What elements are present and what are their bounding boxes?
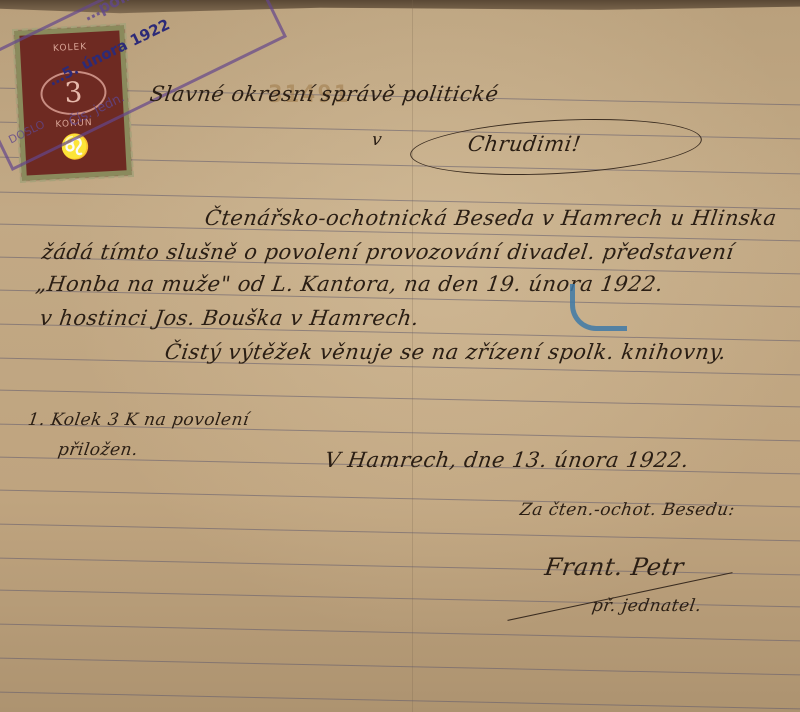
signature-name: Frant. Petr xyxy=(543,553,686,581)
ruled-line xyxy=(0,389,800,407)
stamp-office-title: …politická v Chrudimi xyxy=(80,0,265,25)
body-line-1: Čtenářsko-ochotnická Beseda v Hamrech u … xyxy=(203,206,778,230)
signature-line-1: Za čten.-ochot. Besedu: xyxy=(519,500,737,520)
ruled-line xyxy=(0,691,800,709)
ruled-line xyxy=(0,623,800,641)
stamp-received-label: DOSLO xyxy=(7,118,47,147)
addressee-line-3: Chrudimi! xyxy=(466,132,582,156)
body-line-2: žádá tímto slušně o povolení provozování… xyxy=(40,240,735,264)
addressee-line-1: Slavné okresní správě politické xyxy=(148,82,500,106)
body-line-5: Čistý výtěžek věnuje se na zřízení spolk… xyxy=(163,340,728,364)
body-line-4: v hostinci Jos. Bouška v Hamrech. xyxy=(38,306,420,330)
signature-role: př. jednatel. xyxy=(591,596,703,616)
document-page: 31491 KOLEK 3 KORUN ♌ …politická v Chrud… xyxy=(0,0,800,712)
ruled-line xyxy=(0,523,800,541)
enclosure-line-1: 1. Kolek 3 K na povolení xyxy=(27,410,251,430)
addressee-line-2: v xyxy=(371,130,384,150)
place-date: V Hamrech, dne 13. února 1922. xyxy=(323,448,690,472)
stamp-date: …5. února 1922 xyxy=(46,15,173,89)
ruled-line xyxy=(0,657,800,675)
blue-pencil-mark xyxy=(570,284,627,331)
enclosure-line-2: přiložen. xyxy=(57,440,140,460)
